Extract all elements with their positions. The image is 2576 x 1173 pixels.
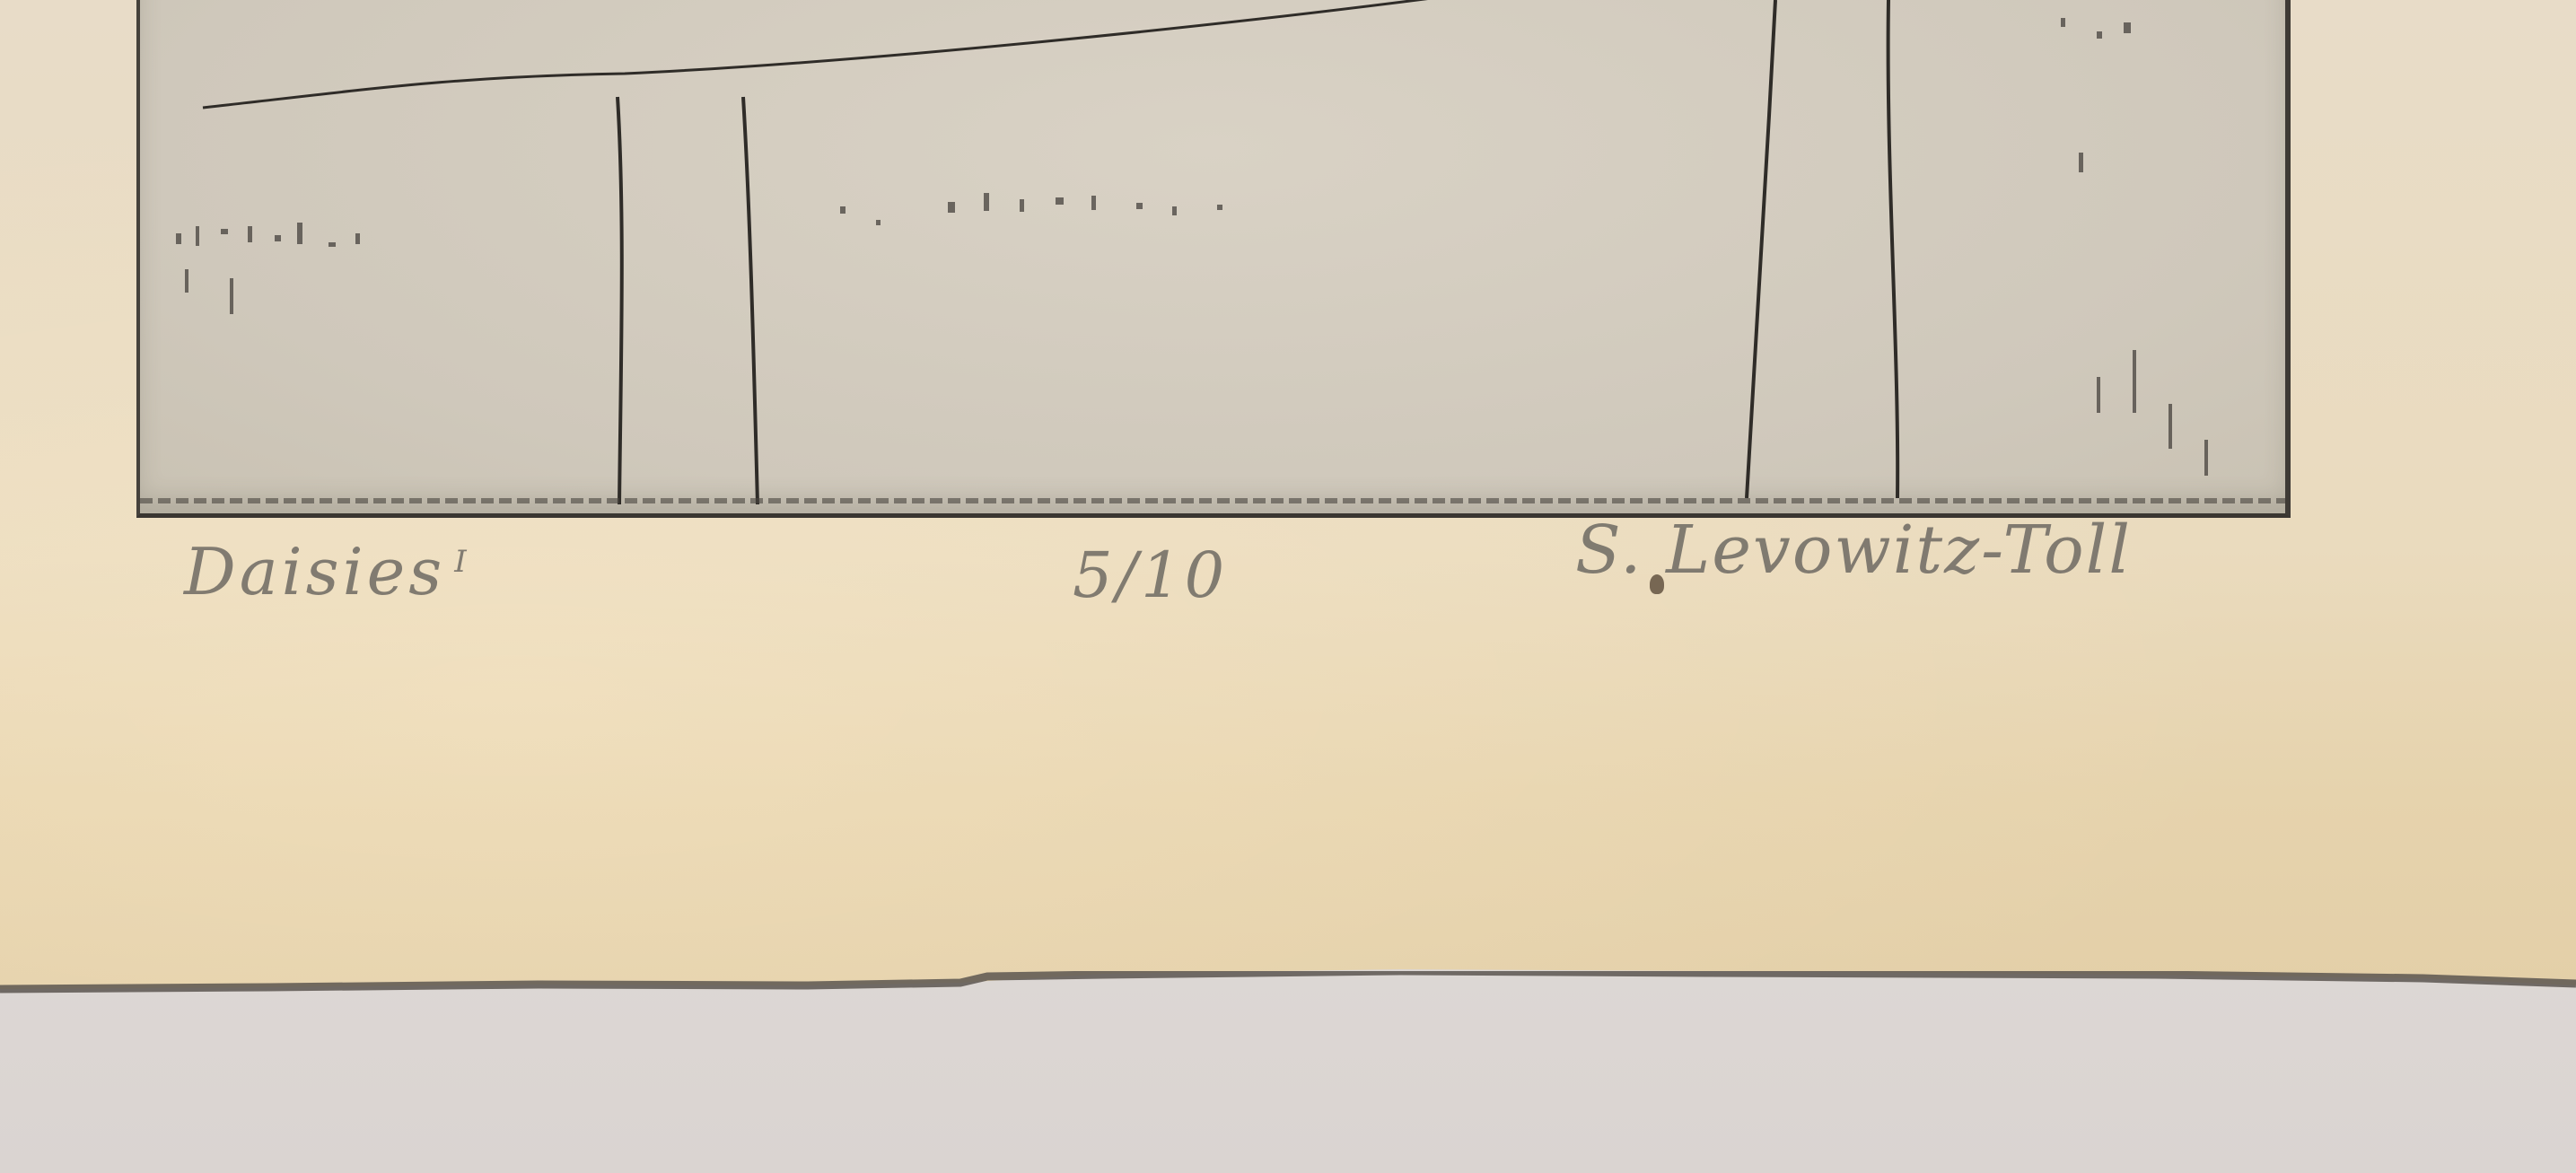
deckle-edge [0,971,2576,994]
print-paper: DaisiesI 5/10 S. Levowitz-Toll [0,0,2576,992]
foxing-stain [1650,574,1664,594]
title-mark: I [454,544,469,580]
etched-plate-area [136,0,2291,518]
title-text: Daisies [184,534,445,609]
print-title: DaisiesI [184,534,470,609]
edition-number: 5/10 [1073,538,1228,612]
etched-lines [140,0,2285,513]
